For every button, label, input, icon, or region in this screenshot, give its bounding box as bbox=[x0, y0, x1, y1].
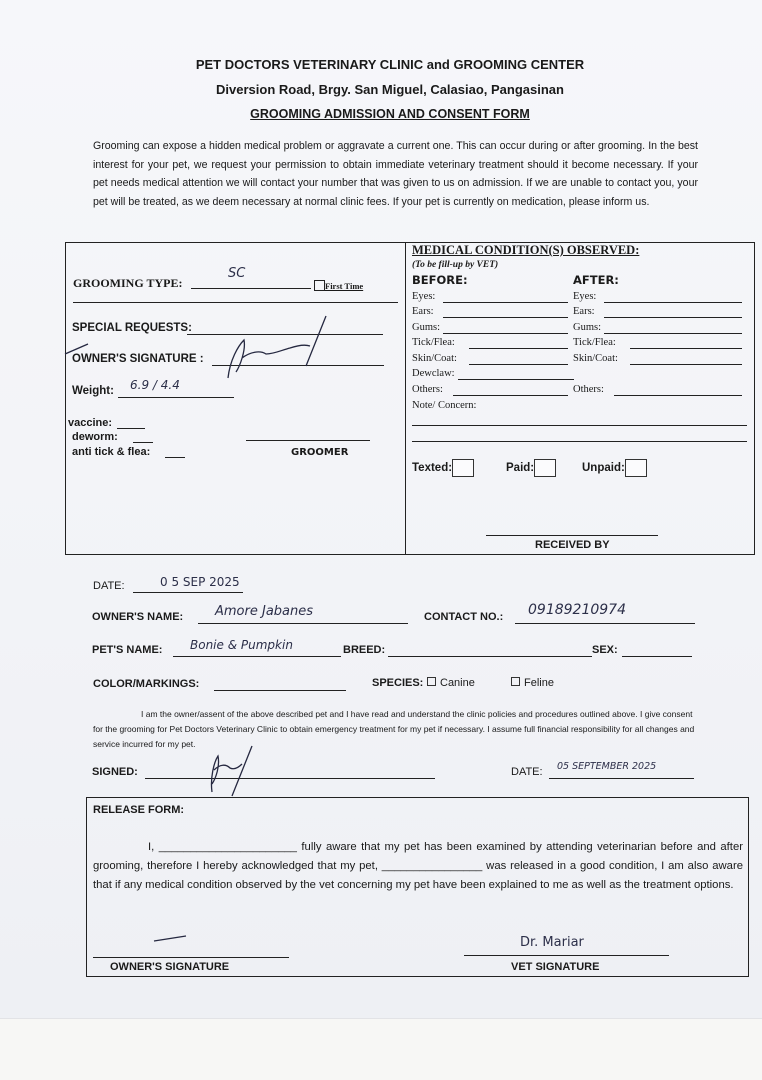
signed-label: SIGNED: bbox=[92, 766, 138, 778]
after-field-label: Tick/Flea: bbox=[573, 337, 616, 348]
paid-option[interactable]: Paid: bbox=[506, 459, 556, 477]
canine-checkbox[interactable] bbox=[427, 677, 436, 686]
before-field-input[interactable] bbox=[443, 333, 569, 334]
vaccine-label: vaccine: bbox=[68, 417, 112, 429]
before-field-label: Dewclaw: bbox=[412, 368, 455, 379]
deworm-label: deworm: bbox=[72, 431, 118, 443]
received-by-label: RECEIVED BY bbox=[535, 539, 610, 551]
release-owner-signature-label: OWNER'S SIGNATURE bbox=[110, 961, 229, 973]
grooming-type-value: SC bbox=[228, 266, 245, 281]
box-divider bbox=[405, 242, 406, 555]
after-field-input[interactable] bbox=[604, 333, 743, 334]
vet-signature-label: VET SIGNATURE bbox=[511, 961, 599, 973]
after-field-label: Others: bbox=[573, 384, 604, 395]
date-value: 0 5 SEP 2025 bbox=[160, 575, 240, 589]
grooming-type-field[interactable] bbox=[191, 288, 311, 289]
consent-date-value: 05 SEPTEMBER 2025 bbox=[557, 761, 656, 772]
note-concern-line-2[interactable] bbox=[412, 441, 747, 442]
form-title: GROOMING ADMISSION AND CONSENT FORM bbox=[0, 107, 762, 121]
note-concern-line-1[interactable] bbox=[412, 425, 747, 426]
form-page: PET DOCTORS VETERINARY CLINIC and GROOMI… bbox=[0, 0, 762, 1018]
breed-label: BREED: bbox=[343, 644, 385, 656]
unpaid-checkbox[interactable] bbox=[625, 459, 647, 477]
first-time-checkbox[interactable] bbox=[314, 280, 325, 291]
grooming-type-label: GROOMING TYPE: bbox=[73, 276, 182, 291]
feline-label: Feline bbox=[524, 677, 554, 689]
anti-tick-flea-field[interactable] bbox=[165, 457, 185, 458]
consent-date-field[interactable] bbox=[549, 778, 694, 779]
owner-name-label: OWNER'S NAME: bbox=[92, 611, 183, 623]
before-field-label: Ears: bbox=[412, 306, 434, 317]
unpaid-option[interactable]: Unpaid: bbox=[582, 459, 647, 477]
paid-label: Paid: bbox=[506, 462, 534, 474]
first-time-option[interactable]: First Time bbox=[314, 277, 363, 295]
before-field-label: Eyes: bbox=[412, 291, 435, 302]
date-label: DATE: bbox=[93, 580, 125, 592]
before-field-input[interactable] bbox=[469, 364, 568, 365]
species-canine-option[interactable]: Canine bbox=[427, 677, 475, 689]
feline-checkbox[interactable] bbox=[511, 677, 520, 686]
before-field-label: Skin/Coat: bbox=[412, 353, 457, 364]
after-field-label: Skin/Coat: bbox=[573, 353, 618, 364]
owner-name-value: Amore Jabanes bbox=[215, 604, 313, 619]
release-text: I, ______________________ fully aware th… bbox=[93, 838, 743, 895]
after-field-input[interactable] bbox=[614, 395, 742, 396]
color-markings-label: COLOR/MARKINGS: bbox=[93, 678, 199, 690]
weight-label: Weight: bbox=[72, 385, 114, 397]
before-field-label: Gums: bbox=[412, 322, 440, 333]
consent-date-label: DATE: bbox=[511, 766, 543, 778]
after-field-label: Eyes: bbox=[573, 291, 596, 302]
weight-field[interactable] bbox=[118, 397, 234, 398]
sex-field[interactable] bbox=[622, 656, 692, 657]
release-title: RELEASE FORM: bbox=[93, 804, 184, 816]
before-field-label: Tick/Flea: bbox=[412, 337, 455, 348]
texted-option[interactable]: Texted: bbox=[412, 459, 474, 477]
canine-label: Canine bbox=[440, 677, 475, 689]
texted-label: Texted: bbox=[412, 462, 452, 474]
before-field-input[interactable] bbox=[443, 302, 569, 303]
scanner-background bbox=[0, 1018, 762, 1080]
date-field[interactable] bbox=[133, 592, 243, 593]
anti-tick-flea-label: anti tick & flea: bbox=[72, 446, 150, 458]
sex-label: SEX: bbox=[592, 644, 618, 656]
release-owner-signature-line[interactable] bbox=[93, 957, 289, 958]
medical-subtitle: (To be fill-up by VET) bbox=[412, 260, 498, 270]
intro-paragraph: Grooming can expose a hidden medical pro… bbox=[93, 137, 698, 211]
before-field-input[interactable] bbox=[458, 379, 574, 380]
before-field-input[interactable] bbox=[443, 317, 569, 318]
species-label: SPECIES: bbox=[372, 677, 423, 689]
texted-checkbox[interactable] bbox=[452, 459, 474, 477]
signed-field[interactable] bbox=[145, 778, 435, 779]
clinic-name: PET DOCTORS VETERINARY CLINIC and GROOMI… bbox=[0, 57, 762, 72]
groomer-label: GROOMER bbox=[291, 447, 348, 458]
release-owner-signature-drawing bbox=[150, 932, 190, 944]
pet-name-value: Bonie & Pumpkin bbox=[190, 638, 293, 652]
after-field-label: Ears: bbox=[573, 306, 595, 317]
color-markings-field[interactable] bbox=[214, 690, 346, 691]
consent-signature-drawing bbox=[190, 742, 270, 798]
before-field-input[interactable] bbox=[453, 395, 568, 396]
vaccine-field[interactable] bbox=[117, 428, 145, 429]
species-feline-option[interactable]: Feline bbox=[511, 677, 554, 689]
contact-field[interactable] bbox=[515, 623, 695, 624]
vet-signature-line[interactable] bbox=[464, 955, 669, 956]
note-concern-label: Note/ Concern: bbox=[412, 400, 476, 411]
owner-name-field[interactable] bbox=[198, 623, 408, 624]
clinic-address: Diversion Road, Brgy. San Miguel, Calasi… bbox=[0, 82, 762, 97]
first-time-label: First Time bbox=[325, 281, 363, 291]
groomer-signature-line[interactable] bbox=[246, 440, 370, 441]
after-field-label: Gums: bbox=[573, 322, 601, 333]
grooming-type-extra-line bbox=[73, 302, 398, 303]
pet-name-field[interactable] bbox=[173, 656, 341, 657]
after-field-input[interactable] bbox=[604, 302, 743, 303]
deworm-field[interactable] bbox=[133, 442, 153, 443]
contact-value: 09189210974 bbox=[528, 602, 626, 618]
after-field-input[interactable] bbox=[604, 317, 743, 318]
after-field-input[interactable] bbox=[630, 348, 742, 349]
vet-signature-value: Dr. Mariar bbox=[520, 935, 584, 950]
after-field-input[interactable] bbox=[630, 364, 742, 365]
after-label: AFTER: bbox=[573, 273, 619, 287]
medical-title: MEDICAL CONDITION(S) OBSERVED: bbox=[412, 243, 639, 258]
pet-name-label: PET'S NAME: bbox=[92, 644, 162, 656]
paid-checkbox[interactable] bbox=[534, 459, 556, 477]
breed-field[interactable] bbox=[388, 656, 592, 657]
unpaid-label: Unpaid: bbox=[582, 462, 625, 474]
before-field-label: Others: bbox=[412, 384, 443, 395]
before-field-input[interactable] bbox=[469, 348, 568, 349]
before-label: BEFORE: bbox=[412, 273, 468, 287]
contact-label: CONTACT NO.: bbox=[424, 611, 503, 623]
received-by-line[interactable] bbox=[486, 535, 658, 536]
weight-value: 6.9 / 4.4 bbox=[130, 378, 180, 392]
consent-text: I am the owner/assent of the above descr… bbox=[93, 707, 698, 752]
